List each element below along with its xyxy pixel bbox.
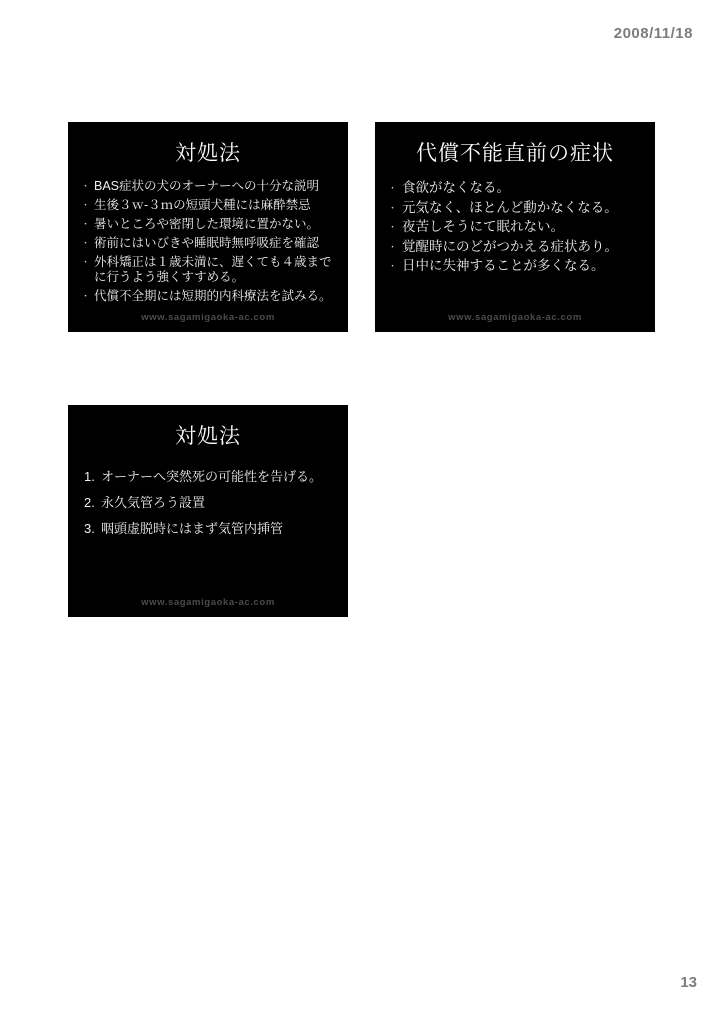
bullet-marker: ・ (81, 289, 94, 304)
bullet-text: 日中に失神することが多くなる。 (402, 259, 645, 274)
bullet-text: BAS症状の犬のオーナーへの十分な説明 (94, 179, 338, 194)
bullet-text: 夜苦しそうにて眠れない。 (402, 220, 645, 235)
slide-title: 代償不能直前の症状 (375, 137, 655, 167)
slide-taishoho-1: 対処法 ・ BAS症状の犬のオーナーへの十分な説明 ・ 生後３ｗ-３ｍの短頭犬種… (68, 122, 348, 332)
date-header: 2008/11/18 (614, 25, 693, 42)
handout-page: 2008/11/18 対処法 ・ BAS症状の犬のオーナーへの十分な説明 ・ 生… (0, 0, 724, 1024)
bullet-marker: ・ (81, 236, 94, 251)
bullet-marker: ・ (388, 220, 402, 235)
bullet-marker: ・ (81, 255, 94, 270)
bullet-marker: ・ (81, 198, 94, 213)
bullet-text: 代償不全期には短期的内科療法を試みる。 (94, 289, 338, 304)
bullet-item: ・ 覚醒時にのどがつかえる症状あり。 (388, 240, 645, 255)
bullet-item: ・ 夜苦しそうにて眠れない。 (388, 220, 645, 235)
bullet-item: ・ 食欲がなくなる。 (388, 181, 645, 196)
bullet-item: ・ 元気なく、ほとんど動かなくなる。 (388, 201, 645, 216)
numbered-item: 2. 永久気管ろう設置 (84, 496, 338, 510)
bullet-text: 暑いところや密閉した環境に置かない。 (94, 217, 338, 232)
item-text: 咽頭虚脱時にはまず気管内挿管 (101, 522, 338, 536)
bullet-marker: ・ (81, 179, 94, 194)
page-number: 13 (680, 974, 697, 991)
watermark-url: www.sagamigaoka-ac.com (375, 312, 655, 323)
slide-body: 1. オーナーへ突然死の可能性を告げる。 2. 永久気管ろう設置 3. 咽頭虚脱… (84, 470, 338, 536)
item-text: オーナーへ突然死の可能性を告げる。 (101, 470, 338, 484)
numbered-item: 3. 咽頭虚脱時にはまず気管内挿管 (84, 522, 338, 536)
numbered-item: 1. オーナーへ突然死の可能性を告げる。 (84, 470, 338, 484)
bullet-text: 生後３ｗ-３ｍの短頭犬種には麻酔禁忌 (94, 198, 338, 213)
bullet-item: ・ 生後３ｗ-３ｍの短頭犬種には麻酔禁忌 (81, 198, 338, 213)
bullet-marker: ・ (81, 217, 94, 232)
watermark-url: www.sagamigaoka-ac.com (68, 312, 348, 323)
slide-body: ・ BAS症状の犬のオーナーへの十分な説明 ・ 生後３ｗ-３ｍの短頭犬種には麻酔… (81, 179, 338, 304)
bullet-item: ・ 暑いところや密閉した環境に置かない。 (81, 217, 338, 232)
bullet-marker: ・ (388, 181, 402, 196)
bullet-text: 元気なく、ほとんど動かなくなる。 (402, 201, 645, 216)
bullet-text: 外科矯正は１歳未満に、遅くても４歳までに行うよう強くすすめる。 (94, 255, 338, 285)
slide-title: 対処法 (68, 420, 348, 450)
slide-title: 対処法 (68, 137, 348, 167)
bullet-text: 覚醒時にのどがつかえる症状あり。 (402, 240, 645, 255)
bullet-item: ・ BAS症状の犬のオーナーへの十分な説明 (81, 179, 338, 194)
bullet-marker: ・ (388, 240, 402, 255)
bullet-item: ・ 日中に失神することが多くなる。 (388, 259, 645, 274)
bullet-marker: ・ (388, 201, 402, 216)
bullet-text: 食欲がなくなる。 (402, 181, 645, 196)
bullet-text: 術前にはいびきや睡眠時無呼吸症を確認 (94, 236, 338, 251)
item-number: 2. (84, 496, 101, 510)
slide-body: ・ 食欲がなくなる。 ・ 元気なく、ほとんど動かなくなる。 ・ 夜苦しそうにて眠… (388, 181, 645, 274)
watermark-url: www.sagamigaoka-ac.com (68, 597, 348, 608)
slide-daisho-funo-shojo: 代償不能直前の症状 ・ 食欲がなくなる。 ・ 元気なく、ほとんど動かなくなる。 … (375, 122, 655, 332)
bullet-item: ・ 術前にはいびきや睡眠時無呼吸症を確認 (81, 236, 338, 251)
bullet-item: ・ 外科矯正は１歳未満に、遅くても４歳までに行うよう強くすすめる。 (81, 255, 338, 285)
item-text: 永久気管ろう設置 (101, 496, 338, 510)
bullet-marker: ・ (388, 259, 402, 274)
item-number: 1. (84, 470, 101, 484)
slide-taishoho-2: 対処法 1. オーナーへ突然死の可能性を告げる。 2. 永久気管ろう設置 3. … (68, 405, 348, 617)
item-number: 3. (84, 522, 101, 536)
bullet-item: ・ 代償不全期には短期的内科療法を試みる。 (81, 289, 338, 304)
